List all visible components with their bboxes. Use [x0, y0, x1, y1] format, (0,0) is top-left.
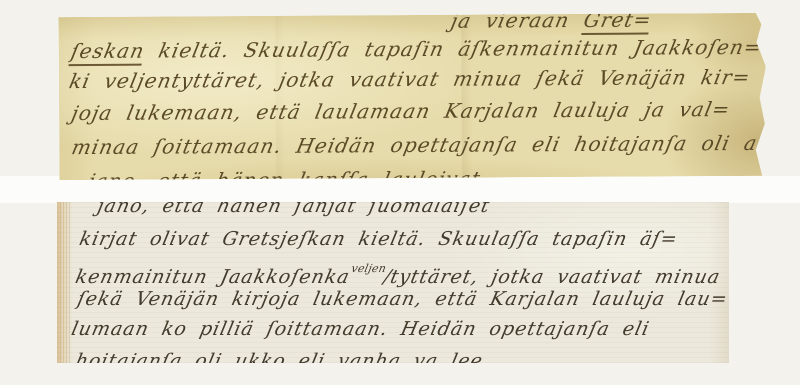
text-run: ja vieraan — [449, 13, 587, 33]
manuscript-fragment-top: ja vieraan Gret=ſeskan kieltä. Skuulaſſa… — [59, 13, 767, 180]
handwritten-line: kenmainitun Jaakkoſenkaveljen∕tyttäret, … — [57, 256, 725, 290]
text-run: ki veljentyttäret, jotka vaativat minua … — [67, 65, 753, 93]
handwritten-line: ki veljentyttäret, jotka vaativat minua … — [59, 64, 753, 94]
text-run: ſekä Venäjän kirjoja lukemaan, että Karj… — [75, 288, 729, 310]
handwritten-line-bottom-cut: hoitajanſa oli ukko eli vanha va lee — [57, 348, 485, 363]
text-run: kenmainitun Jaakkoſenka — [73, 266, 352, 288]
manuscript-fragment-bottom: jano, että hänen ſanjat ſuomalaiſetkirja… — [57, 202, 729, 363]
text-run: hoitajanſa oli ukko eli vanha va lee — [73, 350, 485, 363]
handwritten-line: lumaan ko pilliä ſoittamaan. Heidän opet… — [57, 316, 652, 342]
manuscript-scan-collage: { "page": { "background_color": "#f3f2ec… — [0, 0, 800, 385]
handwritten-line-top-cut: ja vieraan Gret= — [59, 13, 655, 36]
underlined-word: ſeskan — [68, 39, 147, 66]
text-run: minaa ſoittamaan. Heidän opettajanſa eli… — [70, 131, 767, 159]
interline-insertion: veljen — [350, 262, 387, 275]
text-run: kirjat olivat Gretsjeſkan kieltä. Skuula… — [77, 228, 680, 250]
handwritten-line: joja lukemaan, että laulamaan Karjalan l… — [59, 96, 733, 126]
text-run: tyttäret, jotka vaativat minua — [388, 266, 722, 288]
handwritten-line: minaa ſoittamaan. Heidän opettajanſa eli… — [59, 130, 766, 160]
handwritten-line-top-cut: jano, että hänen ſanjat ſuomalaiſet — [57, 202, 493, 219]
handwritten-line: kirjat olivat Gretsjeſkan kieltä. Skuula… — [57, 226, 681, 252]
text-run: jano, että hänen ſanjat ſuomalaiſet — [95, 202, 492, 217]
text-run: kieltä. Skuulaſſa tapaſin äſkenmainitun … — [142, 35, 764, 63]
text-run: lumaan ko pilliä ſoittamaan. Heidän opet… — [69, 318, 651, 340]
handwritten-line: ſekä Venäjän kirjoja lukemaan, että Karj… — [57, 286, 729, 312]
handwritten-line: ſeskan kieltä. Skuulaſſa tapaſin äſkenma… — [59, 34, 765, 64]
underlined-word: Gret= — [581, 13, 654, 35]
text-run: joja lukemaan, että laulamaan Karjalan l… — [69, 97, 732, 125]
page-background: ja vieraan Gret=ſeskan kieltä. Skuulaſſa… — [0, 0, 800, 385]
white-gap-band — [0, 176, 800, 203]
